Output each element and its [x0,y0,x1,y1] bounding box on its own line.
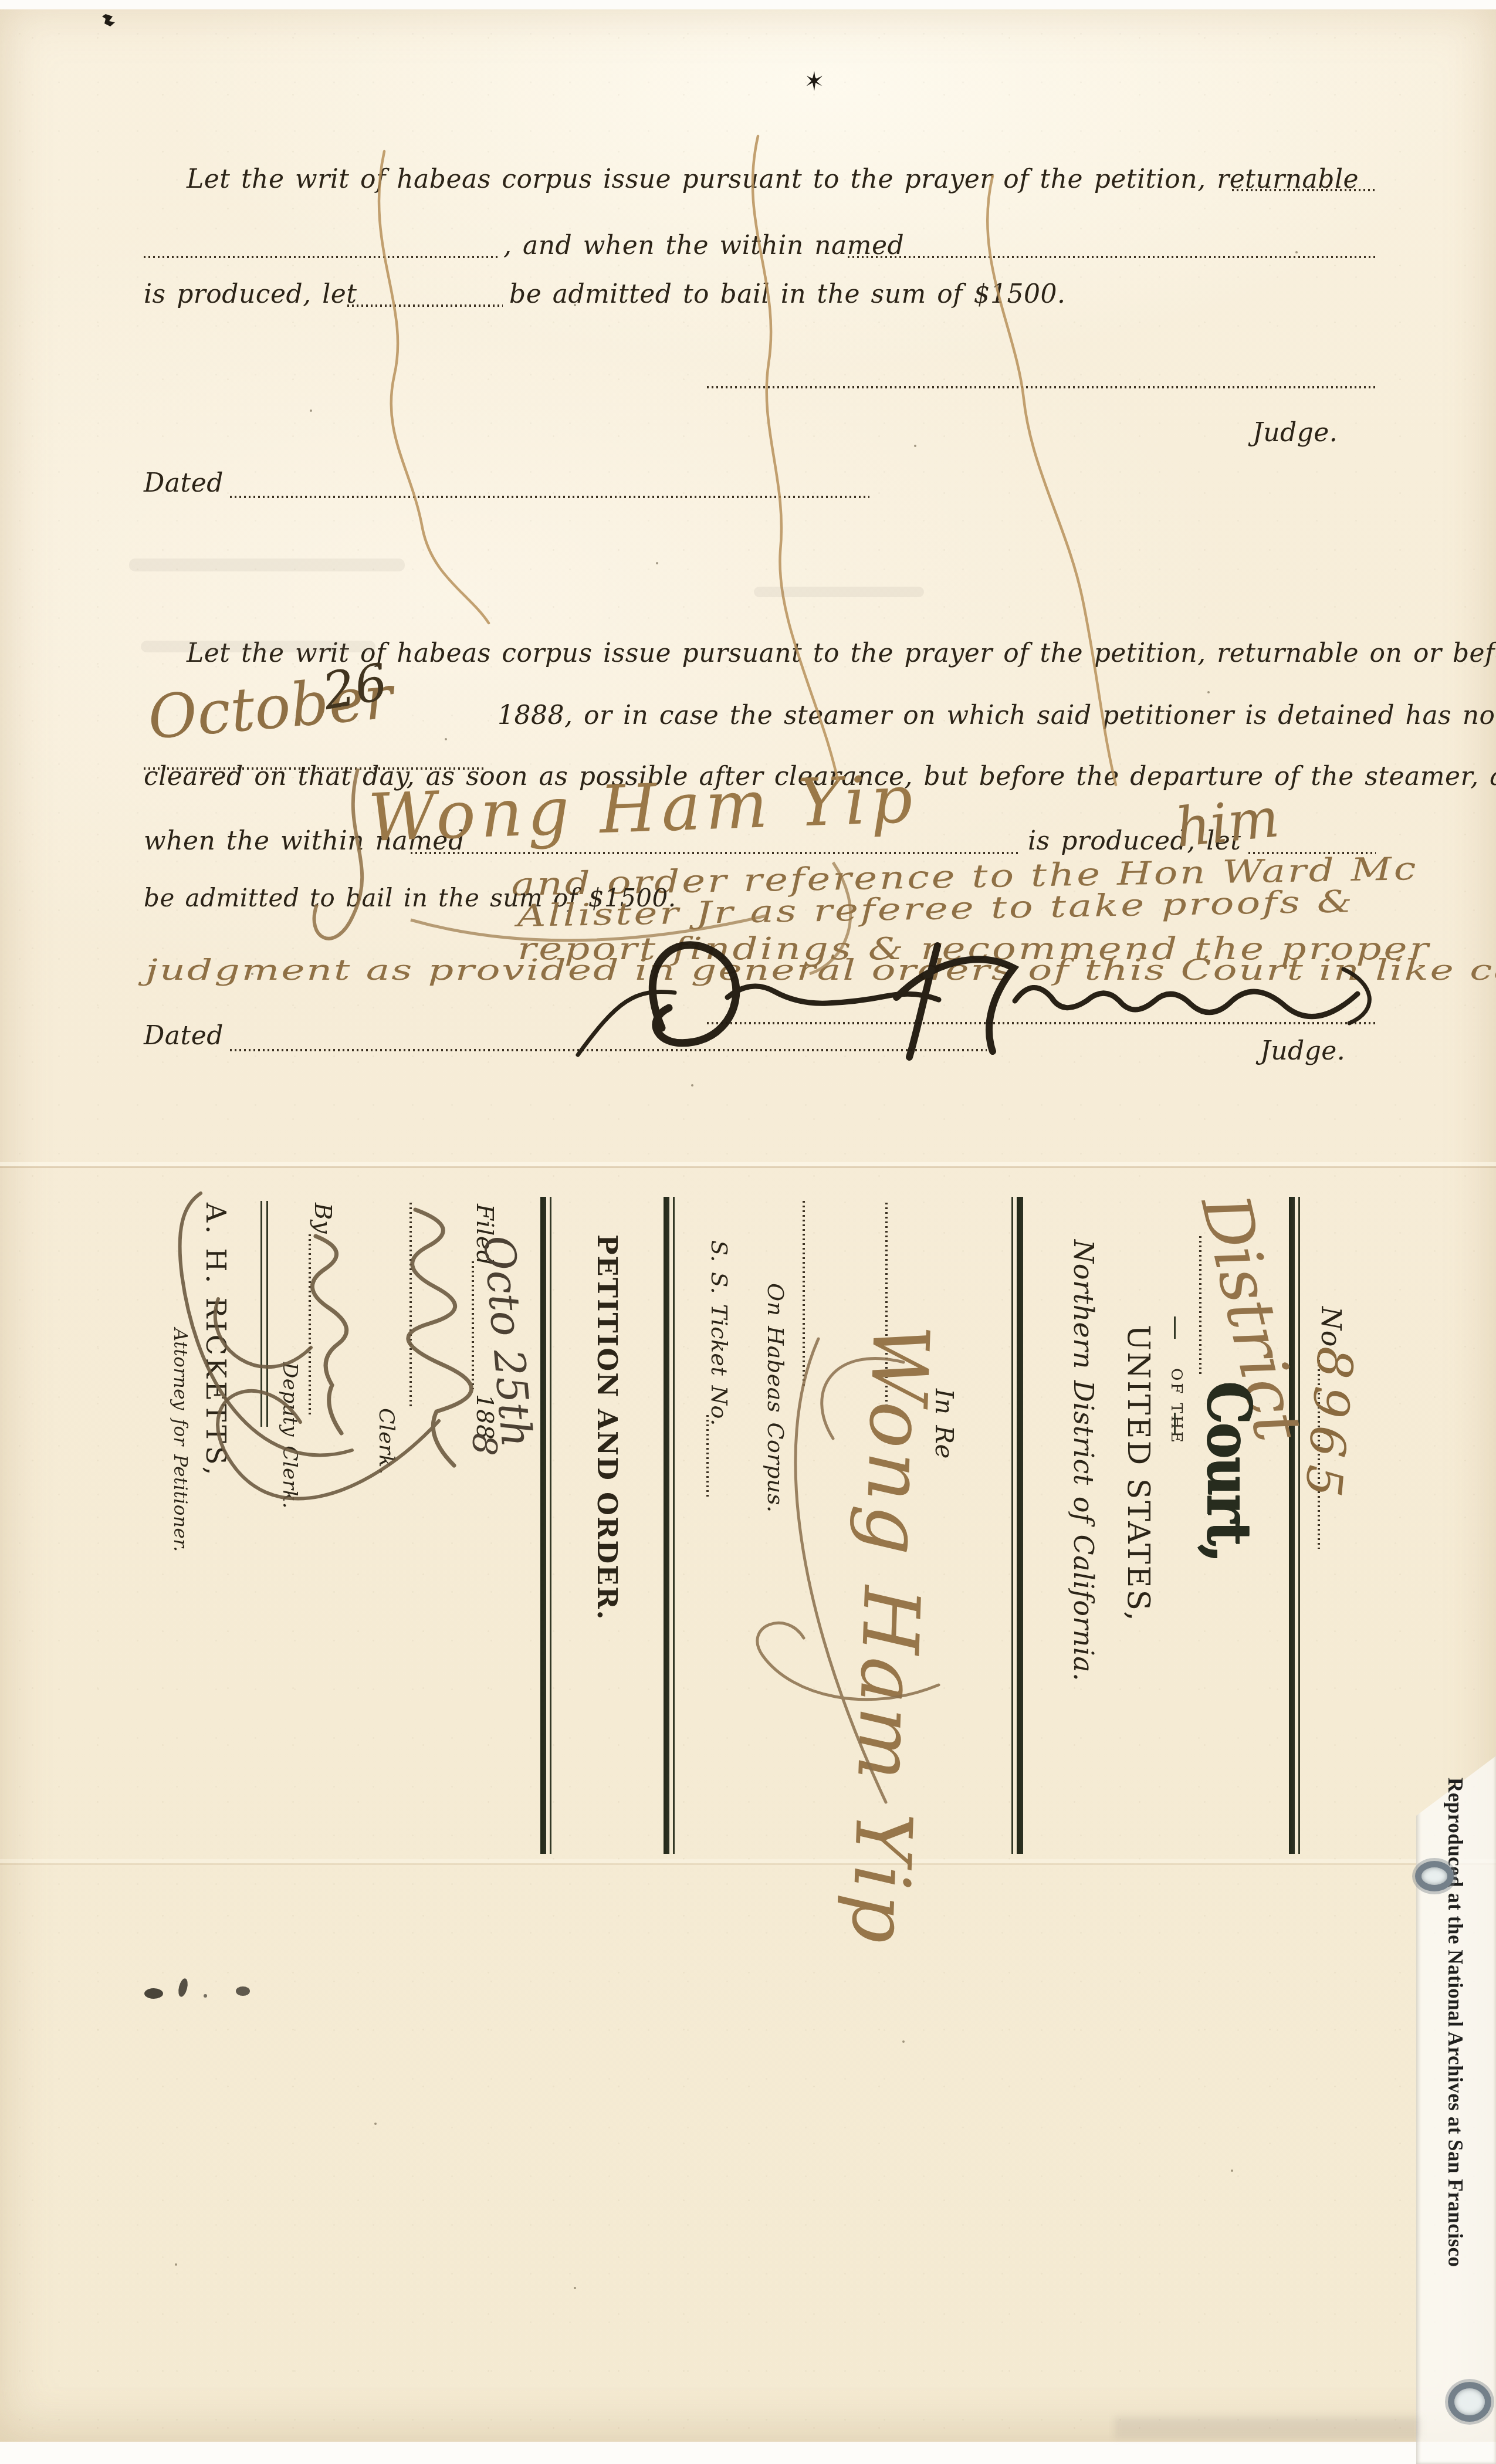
order1-dated-blank [230,496,869,498]
hw-date-day: 26 [319,653,392,722]
order1-line2-blank-a [144,256,499,258]
order2-judge-label: Judge. [1260,1037,1345,1065]
hw-filed-year-digit: 8 [463,1431,505,1457]
order1-line3b: be admitted to bail in the sum of $1500. [509,280,1065,309]
docket-by-label: By [310,1203,336,1234]
docket-united-states: UNITED STATES, [1121,1325,1156,1623]
docket-deputy-label: Deputy Clerk. [279,1362,300,1509]
rule [664,1197,669,1854]
rule [1289,1197,1295,1854]
docket-of-the: OF THE [1167,1345,1185,1445]
docket-cover-panel: No. 8965 District Court, OF THE UNITED S… [176,1169,1349,1860]
docket-signatures [176,1169,1349,1860]
fold-crease-upper [0,1166,1496,1168]
hw-docket-name: Wong Ham Yip [834,1322,946,1948]
order1-line1-blank [1232,189,1376,191]
rule [1298,1197,1300,1854]
order1-dated-label: Dated [144,469,224,497]
rule [260,1201,262,1427]
docket-court-word: Court, [1193,1381,1264,1561]
order2-dated-label: Dated [144,1022,224,1050]
of-the-dash [1174,1413,1176,1435]
of-the-dash [1174,1316,1176,1339]
order2-dated-blank [230,1049,987,1051]
rule [1017,1197,1023,1854]
grommet-icon [1448,2382,1491,2422]
smudge [1115,2417,1420,2438]
order1-judge-line [707,386,1376,388]
order2-line2: 1888, or in case the steamer on which sa… [497,702,1496,730]
scanner-edge-bottom [0,2441,1496,2464]
order1-judge-label: Judge. [1253,419,1338,447]
rule [266,1201,268,1427]
rule [673,1197,675,1854]
docket-district-line: Northern District of California. [1068,1240,1098,1681]
order2-name-blank [411,852,1021,854]
scanner-edge-top [0,0,1496,9]
order1-line3-blank [347,304,503,307]
docket-clerk-label: Clerk. [374,1408,398,1475]
hw-note-4: judgment as provided in general orders o… [145,954,1496,987]
docket-attorney-name: A. H. RICKETTS, [200,1203,232,1478]
order1-line1: Let the writ of habeas corpus issue purs… [187,165,1359,194]
order2-judge-line [707,1022,1376,1024]
grommet-icon [1415,1861,1454,1891]
scanned-court-document: Let the writ of habeas corpus issue purs… [0,0,1496,2464]
docket-title: PETITION AND ORDER. [591,1234,623,1620]
fold-crease-lower [0,1863,1496,1865]
docket-attorney-label: Attorney for Petitioner. [170,1328,190,1552]
rule [1011,1197,1013,1854]
order1-line3a: is produced, let [144,280,357,309]
docket-ticket: S. S. Ticket No. [706,1240,731,1426]
docket-filed-blank [472,1261,474,1389]
order1-line2: , and when the within named [503,232,904,260]
order1-line2-blank-b [848,256,1376,258]
rule [540,1197,546,1854]
rule [550,1197,551,1854]
docket-ticket-blank [706,1415,709,1497]
docket-habeas: On Habeas Corpus. [763,1283,787,1513]
docket-clerk-blank [409,1203,412,1408]
docket-deputy-blank [309,1234,311,1415]
clerk-signature [218,1210,471,1498]
docket-name-blank-2 [803,1201,805,1386]
hw-pronoun: him [1173,786,1282,859]
